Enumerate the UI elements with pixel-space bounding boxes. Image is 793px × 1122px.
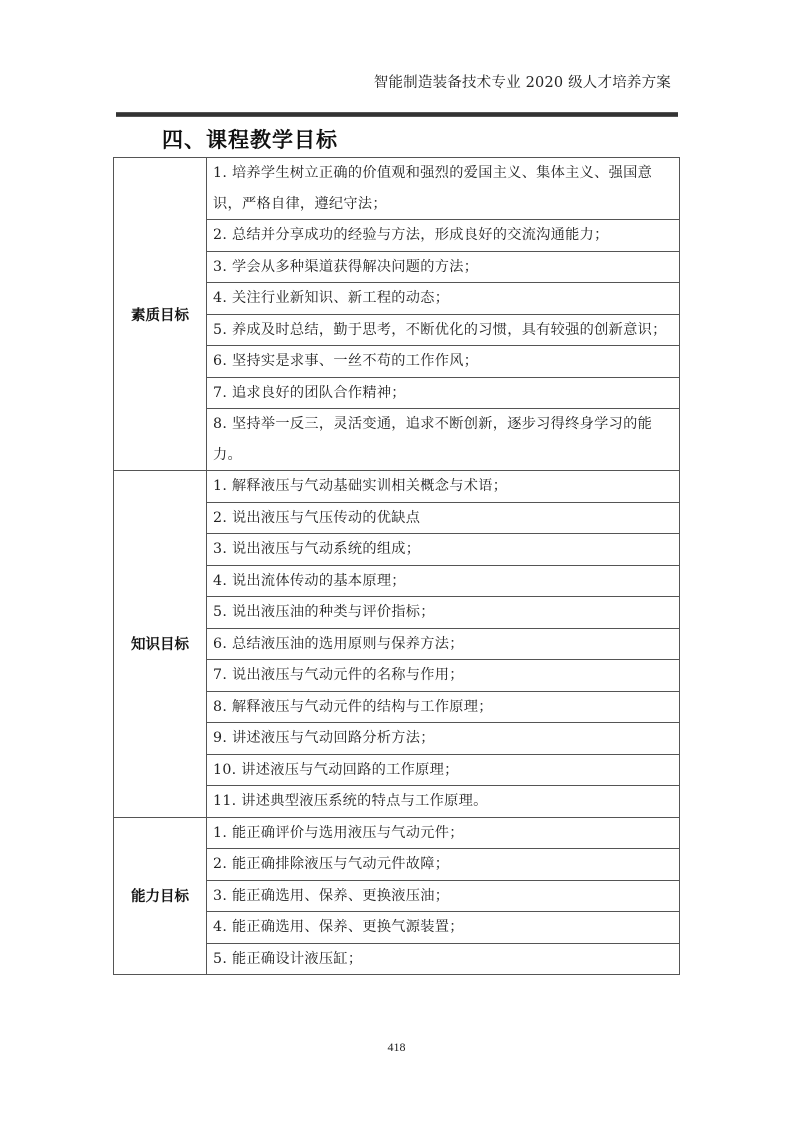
list-item: 5. 能正确设计液压缸； xyxy=(207,943,680,975)
list-item: 4. 能正确选用、保养、更换气源装置； xyxy=(207,912,680,944)
list-item: 2. 说出液压与气压传动的优缺点 xyxy=(207,502,680,534)
list-item: 1. 能正确评价与选用液压与气动元件； xyxy=(207,817,680,849)
document-header-title: 智能制造装备技术专业 2020 级人才培养方案 xyxy=(374,71,671,92)
list-item: 4. 说出流体传动的基本原理； xyxy=(207,565,680,597)
header-divider xyxy=(116,112,678,117)
list-item: 3. 学会从多种渠道获得解决问题的方法； xyxy=(207,251,680,283)
list-item: 2. 总结并分享成功的经验与方法，形成良好的交流沟通能力； xyxy=(207,220,680,252)
list-item: 3. 说出液压与气动系统的组成； xyxy=(207,534,680,566)
list-item: 5. 说出液压油的种类与评价指标； xyxy=(207,597,680,629)
table-row: 能力目标 1. 能正确评价与选用液压与气动元件； xyxy=(114,817,680,849)
list-item: 7. 说出液压与气动元件的名称与作用； xyxy=(207,660,680,692)
list-item: 9. 讲述液压与气动回路分析方法； xyxy=(207,723,680,755)
list-item: 1. 解释液压与气动基础实训相关概念与术语； xyxy=(207,471,680,503)
page-number: 418 xyxy=(0,1040,793,1055)
list-item: 2. 能正确排除液压与气动元件故障； xyxy=(207,849,680,881)
list-item: 7. 追求良好的团队合作精神； xyxy=(207,377,680,409)
course-goals-table: 素质目标 1. 培养学生树立正确的价值观和强烈的爱国主义、集体主义、强国意识，严… xyxy=(113,157,680,975)
list-item: 8. 坚持举一反三，灵活变通，追求不断创新，逐步习得终身学习的能力。 xyxy=(207,409,680,471)
list-item: 10. 讲述液压与气动回路的工作原理； xyxy=(207,754,680,786)
list-item: 6. 总结液压油的选用原则与保养方法； xyxy=(207,628,680,660)
list-item: 4. 关注行业新知识、新工程的动态； xyxy=(207,283,680,315)
list-item: 1. 培养学生树立正确的价值观和强烈的爱国主义、集体主义、强国意识，严格自律，遵… xyxy=(207,158,680,220)
list-item: 11. 讲述典型液压系统的特点与工作原理。 xyxy=(207,786,680,818)
section-title: 四、课程教学目标 xyxy=(162,124,338,154)
category-ability-goals: 能力目标 xyxy=(114,817,207,975)
list-item: 5. 养成及时总结，勤于思考，不断优化的习惯，具有较强的创新意识； xyxy=(207,314,680,346)
list-item: 6. 坚持实是求事、一丝不苟的工作作风； xyxy=(207,346,680,378)
list-item: 8. 解释液压与气动元件的结构与工作原理； xyxy=(207,691,680,723)
category-knowledge-goals: 知识目标 xyxy=(114,471,207,818)
list-item: 3. 能正确选用、保养、更换液压油； xyxy=(207,880,680,912)
category-quality-goals: 素质目标 xyxy=(114,158,207,471)
table-row: 素质目标 1. 培养学生树立正确的价值观和强烈的爱国主义、集体主义、强国意识，严… xyxy=(114,158,680,220)
table-row: 知识目标 1. 解释液压与气动基础实训相关概念与术语； xyxy=(114,471,680,503)
